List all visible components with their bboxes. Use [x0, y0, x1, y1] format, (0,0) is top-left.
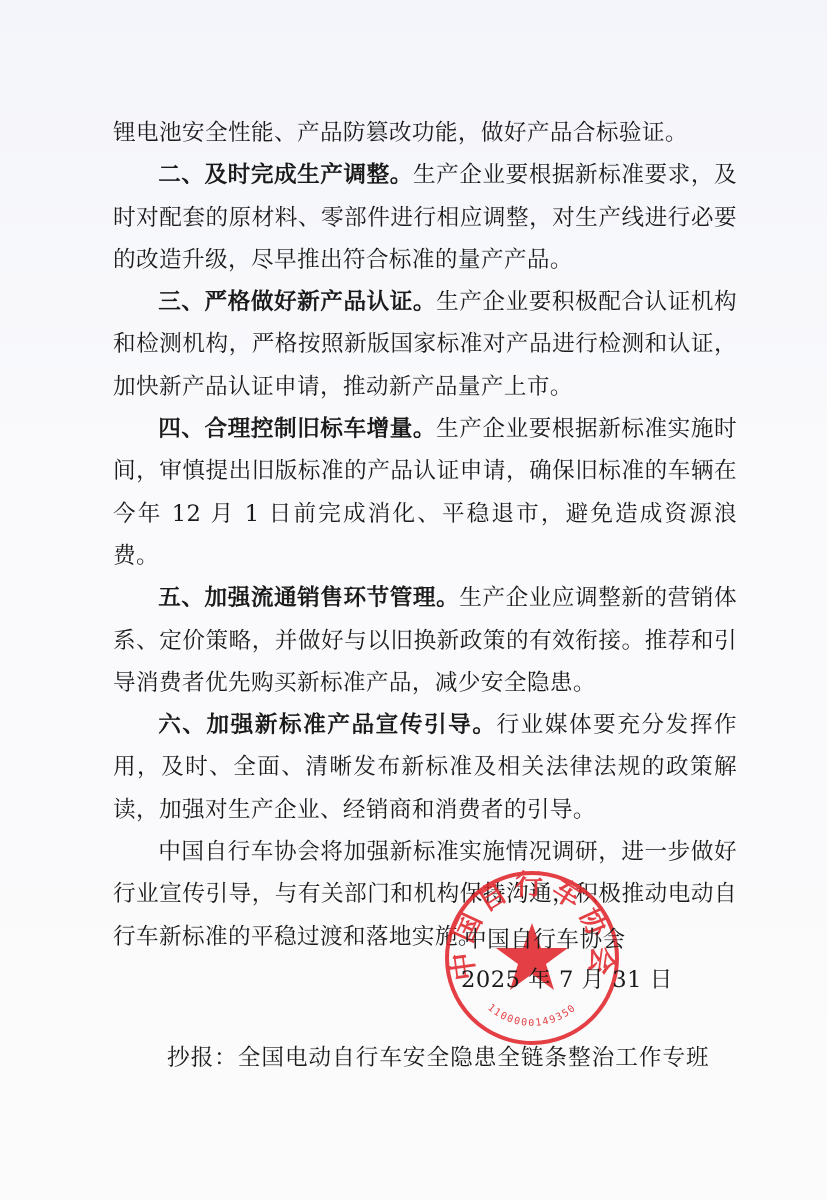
- paragraph-heading: 六、加强新标准产品宣传引导。: [158, 712, 496, 738]
- signature-date: 2025 年 7 月 31 日: [461, 962, 673, 994]
- official-seal-stamp: 中国自行车协会 1100000149350: [442, 868, 622, 1048]
- cc-recipient: 全国电动自行车安全隐患全链条整治工作专班: [238, 1045, 710, 1071]
- paragraph-continuation: 锂电池安全性能、产品防篡改功能，做好产品合标验证。: [113, 112, 737, 154]
- paragraph-2-production-adjustment: 二、及时完成生产调整。生产企业要根据新标准要求，及时对配套的原材料、零部件进行相…: [113, 154, 737, 281]
- svg-text:1100000149350: 1100000149350: [485, 1002, 578, 1029]
- cc-line: 抄报：全国电动自行车安全隐患全链条整治工作专班: [167, 1040, 710, 1072]
- paragraph-heading: 四、合理控制旧标车增量。: [158, 416, 436, 442]
- paragraph-4-old-standard-control: 四、合理控制旧标车增量。生产企业要根据新标准实施时间，审慎提出旧版标准的产品认证…: [113, 408, 737, 577]
- paragraph-5-sales-management: 五、加强流通销售环节管理。生产企业应调整新的营销体系、定价策略，并做好与以旧换新…: [113, 577, 737, 704]
- paragraph-text: 锂电池安全性能、产品防篡改功能，做好产品合标验证。: [113, 120, 688, 146]
- paragraph-text: 中国自行车协会将加强新标准实施情况调研，进一步做好行业宣传引导，与有关部门和机构…: [113, 839, 737, 950]
- document-page: 锂电池安全性能、产品防篡改功能，做好产品合标验证。 二、及时完成生产调整。生产企…: [0, 0, 827, 1200]
- paragraph-closing: 中国自行车协会将加强新标准实施情况调研，进一步做好行业宣传引导，与有关部门和机构…: [113, 831, 737, 958]
- stamp-serial: 1100000149350: [485, 1002, 578, 1029]
- signature-organization: 中国自行车协会: [464, 922, 626, 954]
- paragraph-heading: 五、加强流通销售环节管理。: [158, 585, 459, 611]
- paragraph-heading: 二、及时完成生产调整。: [158, 162, 413, 188]
- paragraph-6-publicity: 六、加强新标准产品宣传引导。行业媒体要充分发挥作用，及时、全面、清晰发布新标准及…: [113, 704, 737, 831]
- document-body: 锂电池安全性能、产品防篡改功能，做好产品合标验证。 二、及时完成生产调整。生产企…: [113, 112, 737, 958]
- paragraph-heading: 三、严格做好新产品认证。: [158, 289, 436, 315]
- paragraph-3-certification: 三、严格做好新产品认证。生产企业要积极配合认证机构和检测机构，严格按照新版国家标…: [113, 281, 737, 408]
- cc-label: 抄报：: [167, 1045, 238, 1071]
